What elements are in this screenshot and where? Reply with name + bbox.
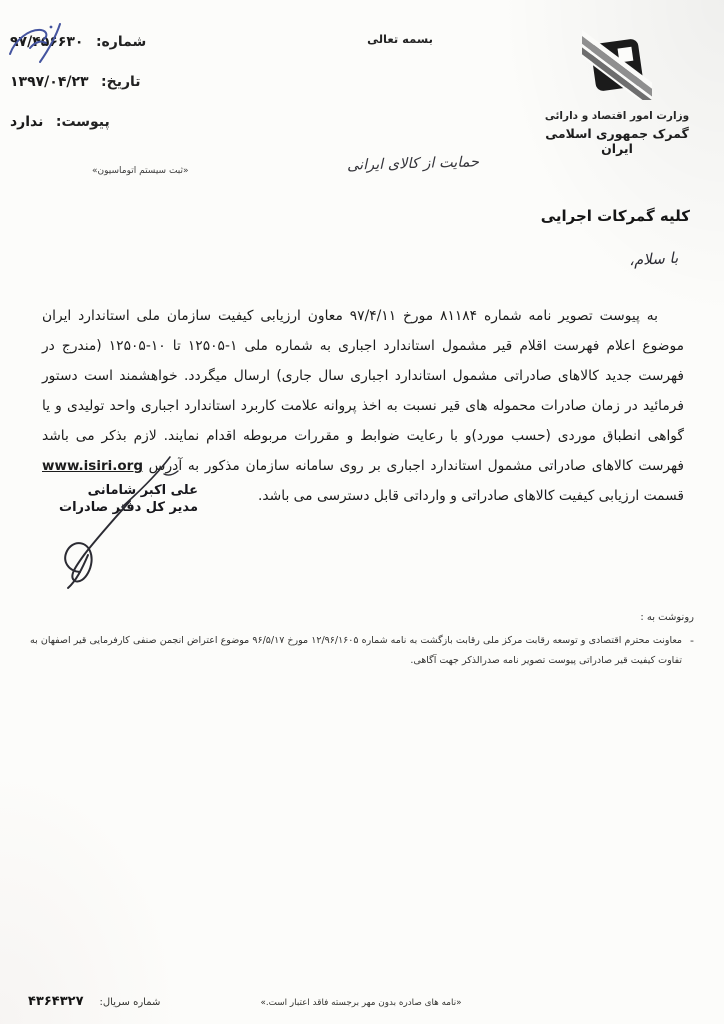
organization-name: گمرک جمهوری اسلامی ایران	[532, 126, 702, 156]
cc-label: رونوشت به :	[30, 612, 694, 623]
iran-customs-logo-icon	[582, 30, 652, 100]
recipient-heading: کلیه گمرکات اجرایی	[541, 207, 690, 225]
attachment-row: پیوست: ندارد	[10, 114, 202, 130]
ministry-name: وزارت امور اقتصاد و دارائی	[532, 110, 702, 122]
letter-date-row: تاریخ: ۱۳۹۷/۰۴/۲۳	[10, 74, 202, 90]
cc-dash-marker: -	[690, 631, 694, 651]
scanned-letter-page: وزارت امور اقتصاد و دارائی گمرک جمهوری ا…	[0, 0, 724, 1024]
year-slogan: حمایت از کالای ایرانی	[328, 154, 498, 174]
signer-name: علی اکبر شامانی	[56, 482, 198, 499]
attachment-label: پیوست:	[56, 114, 110, 130]
automation-note: «ثبت سیستم اتوماسیون»	[92, 166, 189, 176]
attachment-value: ندارد	[10, 114, 43, 130]
validity-notice: «نامه های صادره بدون مهر برجسته فاقد اعت…	[230, 998, 492, 1008]
serial-value: ۴۳۶۴۳۲۷	[28, 994, 84, 1009]
handwritten-annotation-icon	[2, 18, 74, 76]
signature-block: علی اکبر شامانی مدیر کل دفتر صادرات	[56, 482, 198, 516]
serial-number-block: شماره سریال: ۴۳۶۴۳۲۷	[28, 994, 160, 1009]
cc-item: - معاونت محترم اقتصادی و توسعه رقابت مرک…	[30, 631, 694, 671]
letter-date-value: ۱۳۹۷/۰۴/۲۳	[10, 74, 89, 90]
isiri-url-link[interactable]: www.isiri.org	[42, 458, 143, 474]
greeting-text: با سلام،	[628, 249, 678, 270]
cc-section: رونوشت به : - معاونت محترم اقتصادی و توس…	[30, 612, 694, 671]
bismillah-heading: بسمه تعالی	[330, 32, 470, 46]
body-text-before: به پیوست تصویر نامه شماره ۸۱۱۸۴ مورخ ۹۷/…	[42, 308, 684, 474]
letterhead: وزارت امور اقتصاد و دارائی گمرک جمهوری ا…	[532, 30, 702, 156]
signer-title: مدیر کل دفتر صادرات	[56, 499, 198, 516]
letter-date-label: تاریخ:	[101, 74, 141, 90]
body-text-after: قسمت ارزیابی کیفیت کالاهای صادراتی و وار…	[258, 488, 684, 504]
letter-number-label: شماره:	[96, 34, 146, 50]
cc-item-text: معاونت محترم اقتصادی و توسعه رقابت مرکز …	[30, 631, 682, 671]
serial-label: شماره سریال:	[100, 997, 161, 1008]
letter-body: به پیوست تصویر نامه شماره ۸۱۱۸۴ مورخ ۹۷/…	[42, 301, 684, 511]
